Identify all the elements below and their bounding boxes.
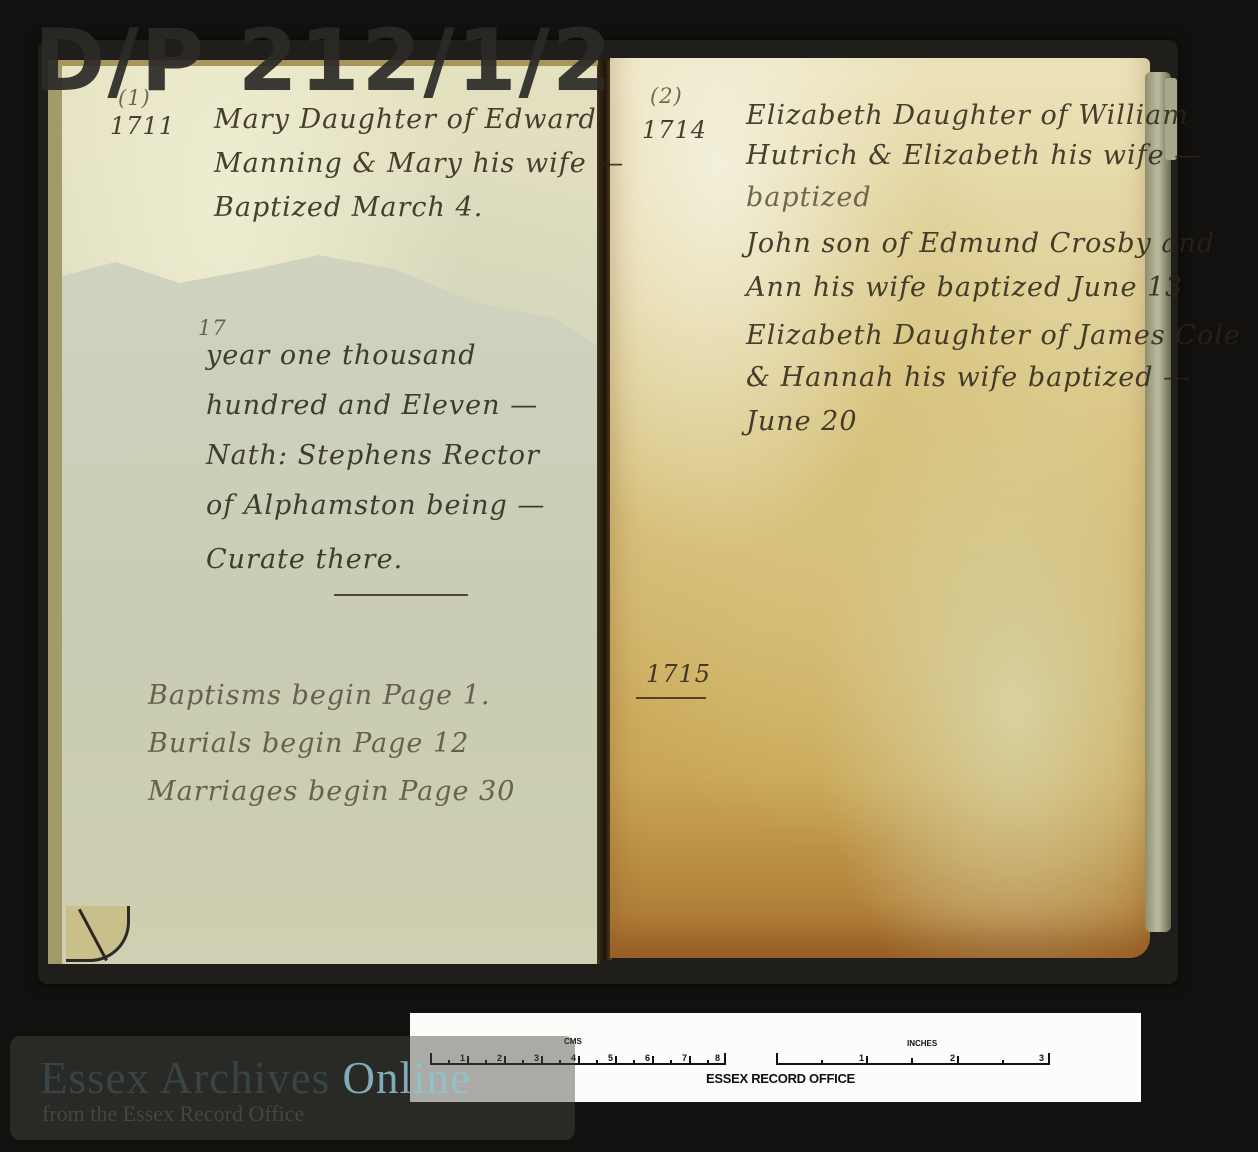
note-underline <box>334 594 468 596</box>
page-edges <box>1145 72 1171 932</box>
note-line-1: year one thousand <box>206 340 477 371</box>
right-entry-line-2: Hutrich & Elizabeth his wife — <box>746 140 1202 171</box>
note-line-2: hundred and Eleven — <box>206 390 538 421</box>
right-entry-line-8: June 20 <box>746 406 858 437</box>
left-entry-year: 1711 <box>110 112 175 140</box>
watermark-title-accent: Online <box>342 1053 470 1103</box>
right-entry-year: 1714 <box>642 116 707 144</box>
index-line-baptisms: Baptisms begin Page 1. <box>148 680 490 711</box>
footer-year-underline <box>636 697 706 699</box>
watermark-title: Essex Archives Online <box>40 1052 471 1104</box>
inches-label: INCHES <box>907 1039 937 1048</box>
left-entry-line-3: Baptized March 4. <box>214 192 483 223</box>
leaf-fragment-mark: 17 <box>198 316 227 340</box>
index-line-burials: Burials begin Page 12 <box>148 728 469 759</box>
right-entry-line-1: Elizabeth Daughter of William <box>746 100 1189 131</box>
index-line-marriages: Marriages begin Page 30 <box>148 776 515 807</box>
document-reference-label: D/P 212/1/2 <box>34 18 614 104</box>
note-line-4: of Alphamston being — <box>206 490 545 521</box>
note-line-3: Nath: Stephens Rector <box>206 440 540 471</box>
right-entry-line-5: Ann his wife baptized June 13 <box>746 272 1183 303</box>
right-folio-number: (2) <box>650 84 683 108</box>
note-line-5: Curate there. <box>206 544 403 575</box>
left-entry-line-2: Manning & Mary his wife — <box>214 148 624 179</box>
inches-scale-bar: 1 2 3 <box>776 1053 1050 1065</box>
right-footer-year: 1715 <box>646 660 711 688</box>
right-entry-line-3: baptized <box>746 182 872 213</box>
watermark-subtitle: from the Essex Record Office <box>42 1101 304 1127</box>
right-entry-line-4: John son of Edmund Crosby and <box>746 228 1215 259</box>
watermark-title-main: Essex Archives <box>40 1053 342 1103</box>
right-entry-line-6: Elizabeth Daughter of James Cole <box>746 320 1241 351</box>
right-entry-line-7: & Hannah his wife baptized — <box>746 362 1191 393</box>
right-page <box>610 58 1150 958</box>
